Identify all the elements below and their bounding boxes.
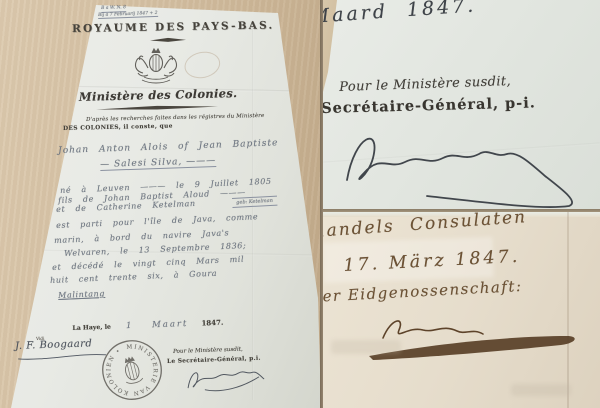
secretary-signature-icon [182, 361, 270, 397]
detail-crop-bottom: handels Consulaten 17. März 1847. der Ei… [323, 212, 600, 408]
closing-line2-large: Secrétaire-Général, p-i. [323, 94, 536, 117]
dateline-handwritten: 1 Maart [126, 319, 189, 331]
date-fragment: Maard 1847. [323, 0, 477, 28]
crop-seam-vertical [320, 0, 323, 408]
secretary-signature-large-icon [331, 118, 595, 208]
ornament-rule-icon [150, 37, 186, 43]
dateline-printed-prefix: La Haye, le [72, 324, 111, 332]
detail-crop-top: Maard 1847. Pour le Ministère susdit, Se… [323, 0, 600, 210]
coat-of-arms-icon [130, 46, 182, 86]
paper-crease [252, 20, 254, 400]
crop-seam-horizontal [323, 209, 600, 212]
closing-line1-large: Pour le Ministère susdit, [339, 74, 511, 95]
blind-stamp-mark [331, 340, 401, 354]
dateline-year: 1847. [201, 318, 223, 328]
document-photo: B a W. N. 8 Bij a 7 Februarij 1847 + 2 R… [0, 0, 321, 408]
blind-stamp-mark [511, 384, 571, 396]
photo-of-documents: B a W. N. 8 Bij a 7 Februarij 1847 + 2 R… [0, 0, 600, 408]
